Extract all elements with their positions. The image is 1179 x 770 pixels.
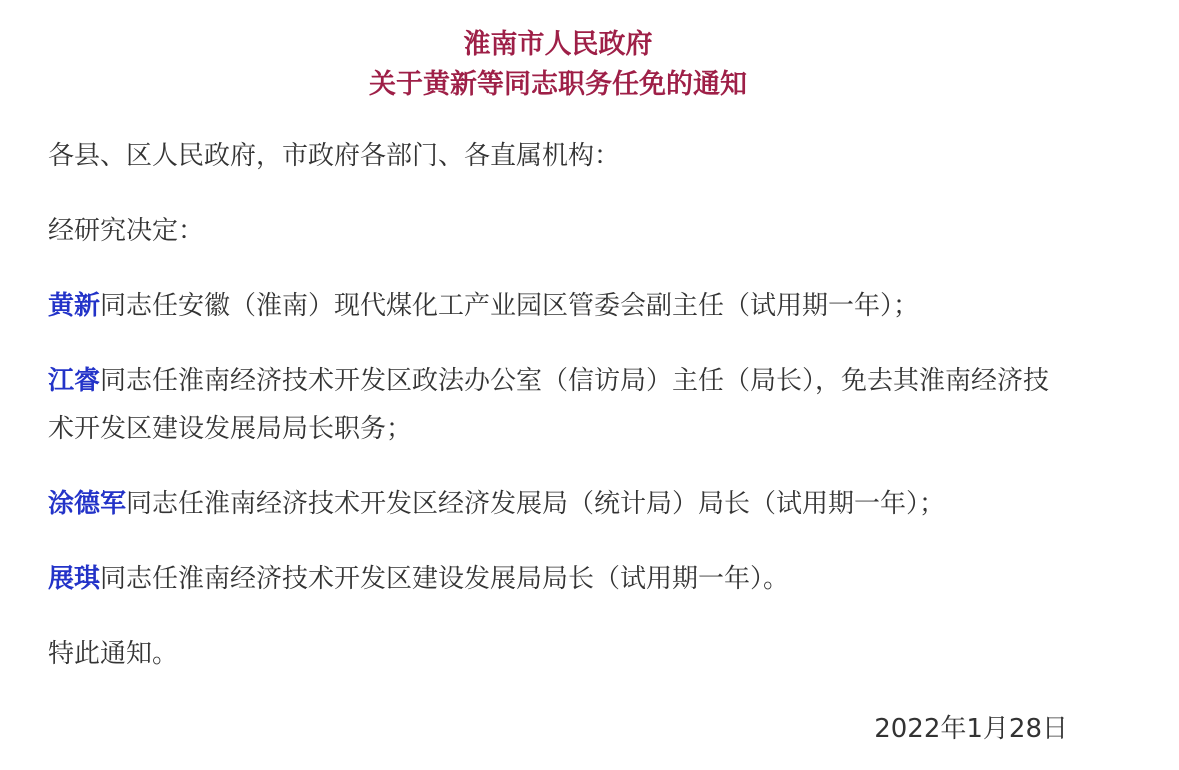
salutation-paragraph: 各县、区人民政府，市政府各部门、各直属机构： [48, 132, 1068, 180]
appointment-paragraph: 展琪同志任淮南经济技术开发区建设发展局局长（试用期一年）。 [48, 555, 1068, 603]
appointment-paragraph: 涂德军同志任淮南经济技术开发区经济发展局（统计局）局长（试用期一年）； [48, 480, 1068, 528]
document-title: 淮南市人民政府 关于黄新等同志职务任免的通知 [48, 25, 1068, 105]
appointment-paragraph: 江睿同志任淮南经济技术开发区政法办公室（信访局）主任（局长），免去其淮南经济技术… [48, 357, 1068, 453]
title-line-1: 淮南市人民政府 [48, 25, 1068, 65]
notice-document: 淮南市人民政府 关于黄新等同志职务任免的通知 各县、区人民政府，市政府各部门、各… [48, 0, 1068, 753]
person-name-link[interactable]: 黄新 [48, 291, 100, 321]
appointment-text: 同志任淮南经济技术开发区政法办公室（信访局）主任（局长），免去其淮南经济技术开发… [48, 366, 1049, 444]
document-date: 2022年1月28日 [48, 705, 1068, 753]
appointment-text: 同志任淮南经济技术开发区建设发展局局长（试用期一年）。 [100, 564, 789, 594]
closing-paragraph: 特此通知。 [48, 630, 1068, 678]
person-name-link[interactable]: 涂德军 [48, 489, 126, 519]
person-name-link[interactable]: 展琪 [48, 564, 100, 594]
title-line-2: 关于黄新等同志职务任免的通知 [48, 65, 1068, 105]
appointment-paragraph: 黄新同志任安徽（淮南）现代煤化工产业园区管委会副主任（试用期一年）； [48, 282, 1068, 330]
person-name-link[interactable]: 江睿 [48, 366, 100, 396]
appointment-text: 同志任安徽（淮南）现代煤化工产业园区管委会副主任（试用期一年）； [100, 291, 919, 321]
appointment-text: 同志任淮南经济技术开发区经济发展局（统计局）局长（试用期一年）； [126, 489, 945, 519]
decision-intro-paragraph: 经研究决定： [48, 207, 1068, 255]
